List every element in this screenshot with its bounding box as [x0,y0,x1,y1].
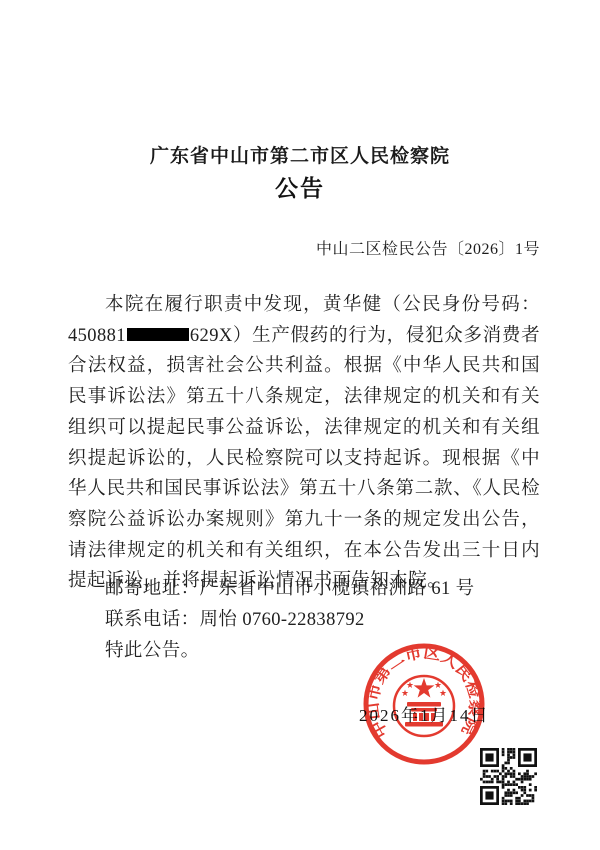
org-title: 广东省中山市第二市区人民检察院 [0,141,600,168]
qr-code-icon [480,748,537,805]
redacted-id-bar-icon [127,328,189,341]
issue-date: 2026年1月14日 [359,701,490,726]
body-paragraph: 本院在履行职责中发现，黄华健（公民身份号码：450881629X）生产假药的行为… [68,290,540,597]
mailing-address: 邮寄地址：广东省中山市小榄镇裕洲路 61 号 [68,574,540,605]
body-text-after-id: 629X）生产假药的行为，侵犯众多消费者合法权益，损害社会公共利益。根据《中华人… [68,326,540,592]
announcement-page: 广东省中山市第二市区人民检察院 公告 中山二区检民公告〔2026〕1号 本院在履… [0,0,600,850]
doc-title: 公告 [0,170,600,203]
doc-number: 中山二区检民公告〔2026〕1号 [316,236,540,259]
closing-statement: 特此公告。 [68,636,540,667]
contact-phone: 联系电话：周怡 0760-22838792 [68,605,540,636]
